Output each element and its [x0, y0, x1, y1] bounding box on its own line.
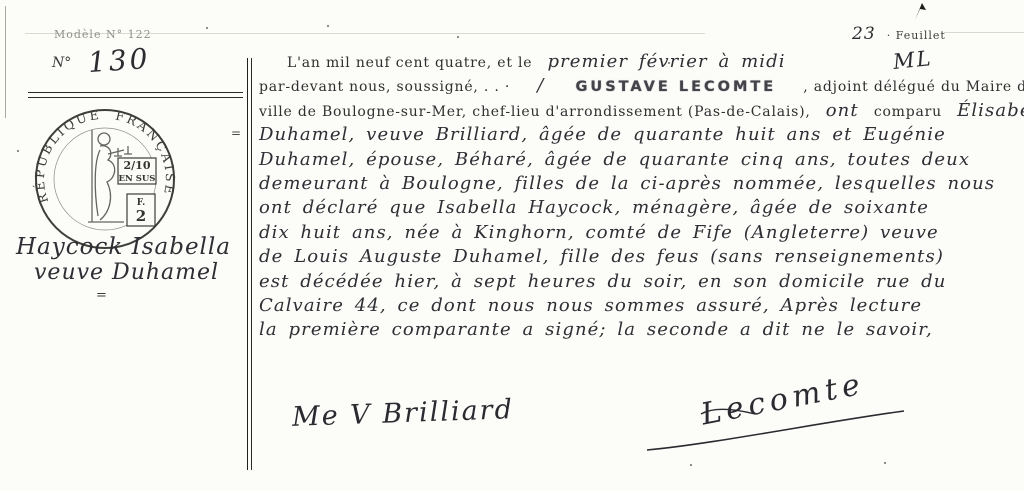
- act-print-official-title: , adjoint délégué du Maire de la: [803, 79, 1024, 95]
- folio-header: 23 · Feuillet: [852, 24, 946, 44]
- act-hand-line7: ont déclaré que Isabella Haycock, ménagè…: [259, 197, 929, 218]
- svg-text:2/10: 2/10: [124, 159, 151, 172]
- svg-text:2: 2: [136, 207, 146, 225]
- death-certificate-scan: Modèle N° 122 N° 130 = 2/10 EN SUS: [0, 0, 1024, 491]
- act-hand-line11: Calvaire 44, ce dont nous nous sommes as…: [259, 295, 922, 316]
- act-hand-line4: Duhamel, veuve Brilliard, âgée de quaran…: [259, 124, 946, 145]
- act-print-city: ville de Boulogne-sur-Mer, chef-lieu d'a…: [259, 104, 811, 120]
- svg-text:EN SUS: EN SUS: [119, 174, 156, 184]
- act-line: L'an mil neuf cent quatre, et le premier…: [259, 50, 1019, 74]
- act-hand-line5: Duhamel, épouse, Béharé, âgée de quarant…: [259, 149, 970, 170]
- act-line: ville de Boulogne-sur-Mer, chef-lieu d'a…: [259, 99, 1019, 123]
- stamp-surtax-box: 2/10 EN SUS: [118, 158, 156, 184]
- act-line: par-devant nous, soussigné, . . · / GUST…: [259, 74, 1019, 98]
- margin-deceased-name: Haycock Isabella veuve Duhamel: [16, 234, 246, 285]
- stamp-value-box: F. 2: [127, 194, 155, 226]
- scan-speck: [690, 464, 692, 466]
- act-hand-line8: dix huit ans, née à Kinghorn, comté de F…: [259, 222, 939, 243]
- margin-divider-rule: [28, 92, 243, 98]
- act-hand-ont: ont: [826, 100, 859, 121]
- act-number-value: 130: [87, 42, 152, 79]
- model-number-label: Modèle N° 122: [54, 28, 152, 41]
- signature-declarant: Me V Brilliard: [292, 394, 515, 433]
- margin-tick: =: [231, 126, 241, 140]
- scan-speck: [17, 150, 19, 152]
- act-hand-line10: est décédée hier, à sept heures du soir,…: [259, 271, 946, 292]
- folio-label: · Feuillet: [887, 29, 946, 42]
- act-print-comparu: comparu: [874, 104, 942, 120]
- margin-underscore: =: [96, 288, 107, 303]
- scan-speck: [457, 36, 459, 38]
- act-print-opening: L'an mil neuf cent quatre, et le: [287, 55, 532, 71]
- margin-name-line1: Haycock Isabella: [16, 234, 246, 260]
- scan-speck: [884, 462, 886, 464]
- scan-speck: [206, 27, 208, 29]
- official-name-stamp: GUSTAVE LECOMTE: [576, 79, 777, 95]
- scan-edge-line: [5, 6, 6, 118]
- act-hand-line9: de Louis Auguste Duhamel, fille des feus…: [259, 246, 944, 267]
- act-print-before-official: par-devant nous, soussigné, . . ·: [259, 79, 510, 95]
- act-text-body: L'an mil neuf cent quatre, et le premier…: [259, 50, 1019, 343]
- text-column-rule: [247, 58, 252, 470]
- act-hand-line12: la première comparante a signé; la secon…: [259, 319, 933, 340]
- act-hand-line6: demeurant à Boulogne, filles de la ci-ap…: [259, 173, 995, 194]
- fiscal-stamp-icon: 2/10 EN SUS F. 2 RÉPUBLIQUE FRANÇAISE: [30, 104, 180, 254]
- act-hand-date: premier février à midi: [547, 51, 785, 72]
- margin-name-line2: veuve Duhamel: [34, 260, 246, 285]
- scan-faint-line: [944, 32, 1024, 33]
- signature-flourish-stroke: [643, 408, 908, 453]
- act-hand-slash: /: [537, 75, 544, 96]
- folio-number: 23: [852, 24, 876, 44]
- act-hand-declarant1-firstname: Élisabeth: [957, 100, 1024, 121]
- act-number-label: N°: [52, 55, 71, 71]
- scan-speck: [327, 25, 329, 27]
- scan-ink-mark: [913, 2, 929, 22]
